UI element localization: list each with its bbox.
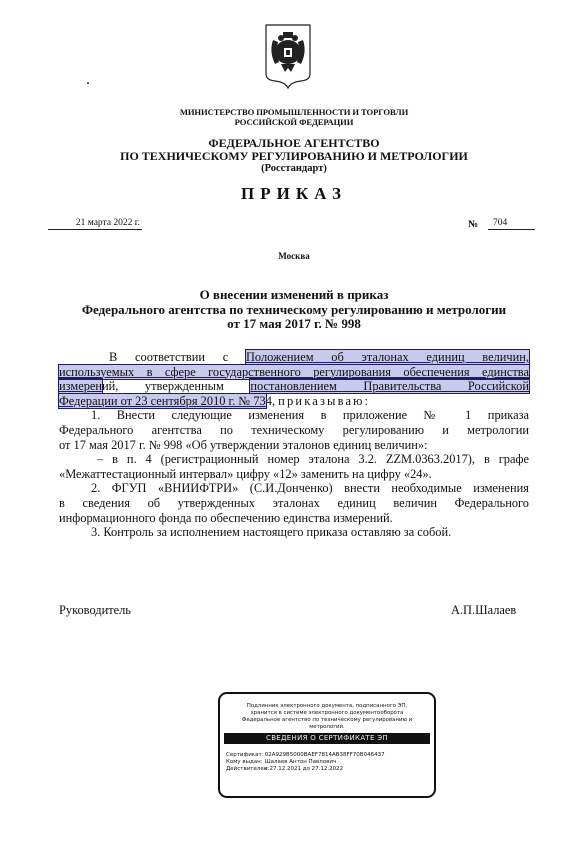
order-number: 704 — [488, 218, 535, 230]
preamble-text: 4, — [266, 394, 275, 408]
item-1-line-2: Федерального агентства по техническому р… — [59, 423, 529, 438]
item-1-sub-line-1: – в п. 4 (регистрационный номер эталона … — [59, 452, 529, 467]
stamp-notice-line: метрологии. — [228, 724, 426, 731]
order-date: 21 марта 2022 г. — [48, 218, 142, 230]
item-2-line-2: в сведения об утвержденных эталонах един… — [59, 496, 529, 511]
order-body: В соответствии с Положением об эталонах … — [59, 350, 529, 540]
item-1-line-1: 1. Внести следующие изменения в приложен… — [59, 408, 529, 423]
title-line-2: Федерального агентства по техническому р… — [0, 303, 588, 318]
preamble: В соответствии с Положением об эталонах … — [59, 350, 529, 408]
certificate-row: Сертификат: 02A929B5000BAEF7814AB38FF70B… — [226, 752, 430, 759]
scan-speck — [87, 82, 89, 84]
ministry-line-1: МИНИСТЕРСТВО ПРОМЫШЛЕННОСТИ И ТОРГОВЛИ — [0, 107, 588, 117]
order-word: приказываю: — [278, 394, 370, 408]
decree-link[interactable]: Федерации от 23 сентября 2010 г. № 73 — [59, 394, 266, 408]
validity-label: Действителен: — [226, 766, 263, 773]
item-2-line-1: 2. ФГУП «ВНИИФТРИ» (С.И.Донченко) внести… — [59, 481, 529, 496]
regulation-link[interactable]: используемых в сфере государственного ре… — [59, 365, 529, 379]
issued-value: Шалаев Антон Павлович — [265, 759, 336, 765]
coat-of-arms-icon — [263, 22, 313, 90]
ministry-line-2: РОССИЙСКОЙ ФЕДЕРАЦИИ — [0, 117, 588, 127]
number-sign: № — [468, 219, 478, 230]
signatory-role: Руководитель — [59, 603, 131, 618]
preamble-line-2: используемых в сфере государственного ре… — [59, 365, 529, 380]
preamble-text: В соответствии с — [109, 350, 228, 364]
electronic-signature-stamp: Подлинник электронного документа, подпис… — [218, 692, 436, 798]
decree-link[interactable]: постановлением Правительства Российской — [250, 379, 529, 393]
regulation-link[interactable]: Положением об эталонах единиц величин, — [246, 350, 529, 364]
title-line-3: от 17 мая 2017 г. № 998 — [0, 317, 588, 332]
title-line-1: О внесении изменений в приказ — [0, 288, 588, 303]
certificate-value: 02A929B5000BAEF7814AB38FF70B046437 — [265, 752, 385, 758]
item-2-line-3: информационного фонда по обеспечению еди… — [59, 511, 529, 526]
certificate-label: Сертификат: — [226, 752, 263, 759]
city: Москва — [0, 251, 588, 261]
item-2: 2. ФГУП «ВНИИФТРИ» (С.И.Донченко) внести… — [59, 481, 529, 525]
stamp-notice: Подлинник электронного документа, подпис… — [220, 703, 434, 731]
ministry-name: МИНИСТЕРСТВО ПРОМЫШЛЕННОСТИ И ТОРГОВЛИ Р… — [0, 107, 588, 127]
stamp-notice-line: хранится в системе электронного документ… — [228, 710, 426, 717]
preamble-line-3: измерений, утвержденным постановлением П… — [59, 379, 529, 394]
document-type: ПРИКАЗ — [0, 184, 588, 204]
agency-short-name: (Росстандарт) — [0, 163, 588, 175]
preamble-text: ий, утвержденным — [102, 379, 224, 393]
certificate-header: СВЕДЕНИЯ О СЕРТИФИКАТЕ ЭП — [224, 733, 430, 744]
item-3-line-1: 3. Контроль за исполнением настоящего пр… — [59, 525, 529, 540]
agency-line-2: ПО ТЕХНИЧЕСКОМУ РЕГУЛИРОВАНИЮ И МЕТРОЛОГ… — [0, 150, 588, 163]
agency-name: ФЕДЕРАЛЬНОЕ АГЕНТСТВО ПО ТЕХНИЧЕСКОМУ РЕ… — [0, 137, 588, 175]
item-1-line-3: от 17 мая 2017 г. № 998 «Об утверждении … — [59, 438, 529, 453]
item-1: 1. Внести следующие изменения в приложен… — [59, 408, 529, 452]
certificate-details: Сертификат: 02A929B5000BAEF7814AB38FF70B… — [220, 744, 434, 773]
item-1-sub-line-2: «Межаттестационный интервал» цифру «12» … — [59, 467, 529, 482]
order-title: О внесении изменений в приказ Федерально… — [0, 288, 588, 332]
validity-row: Действителен: с 27.12.2021 до 27.12.2022 — [226, 766, 430, 773]
stamp-notice-line: Федеральное агентство по техническому ре… — [228, 717, 426, 724]
preamble-line-4: Федерации от 23 сентября 2010 г. № 734, … — [59, 394, 529, 409]
validity-value: с 27.12.2021 до 27.12.2022 — [265, 766, 343, 772]
item-1-sub: – в п. 4 (регистрационный номер эталона … — [59, 452, 529, 481]
signatory-name: А.П.Шалаев — [451, 603, 516, 618]
issued-label: Кому выдан: — [226, 759, 263, 766]
stamp-notice-line: Подлинник электронного документа, подпис… — [228, 703, 426, 710]
preamble-line-1: В соответствии с Положением об эталонах … — [59, 350, 529, 365]
issued-row: Кому выдан: Шалаев Антон Павлович — [226, 759, 430, 766]
regulation-link[interactable]: измерен — [59, 379, 102, 393]
item-3: 3. Контроль за исполнением настоящего пр… — [59, 525, 529, 540]
